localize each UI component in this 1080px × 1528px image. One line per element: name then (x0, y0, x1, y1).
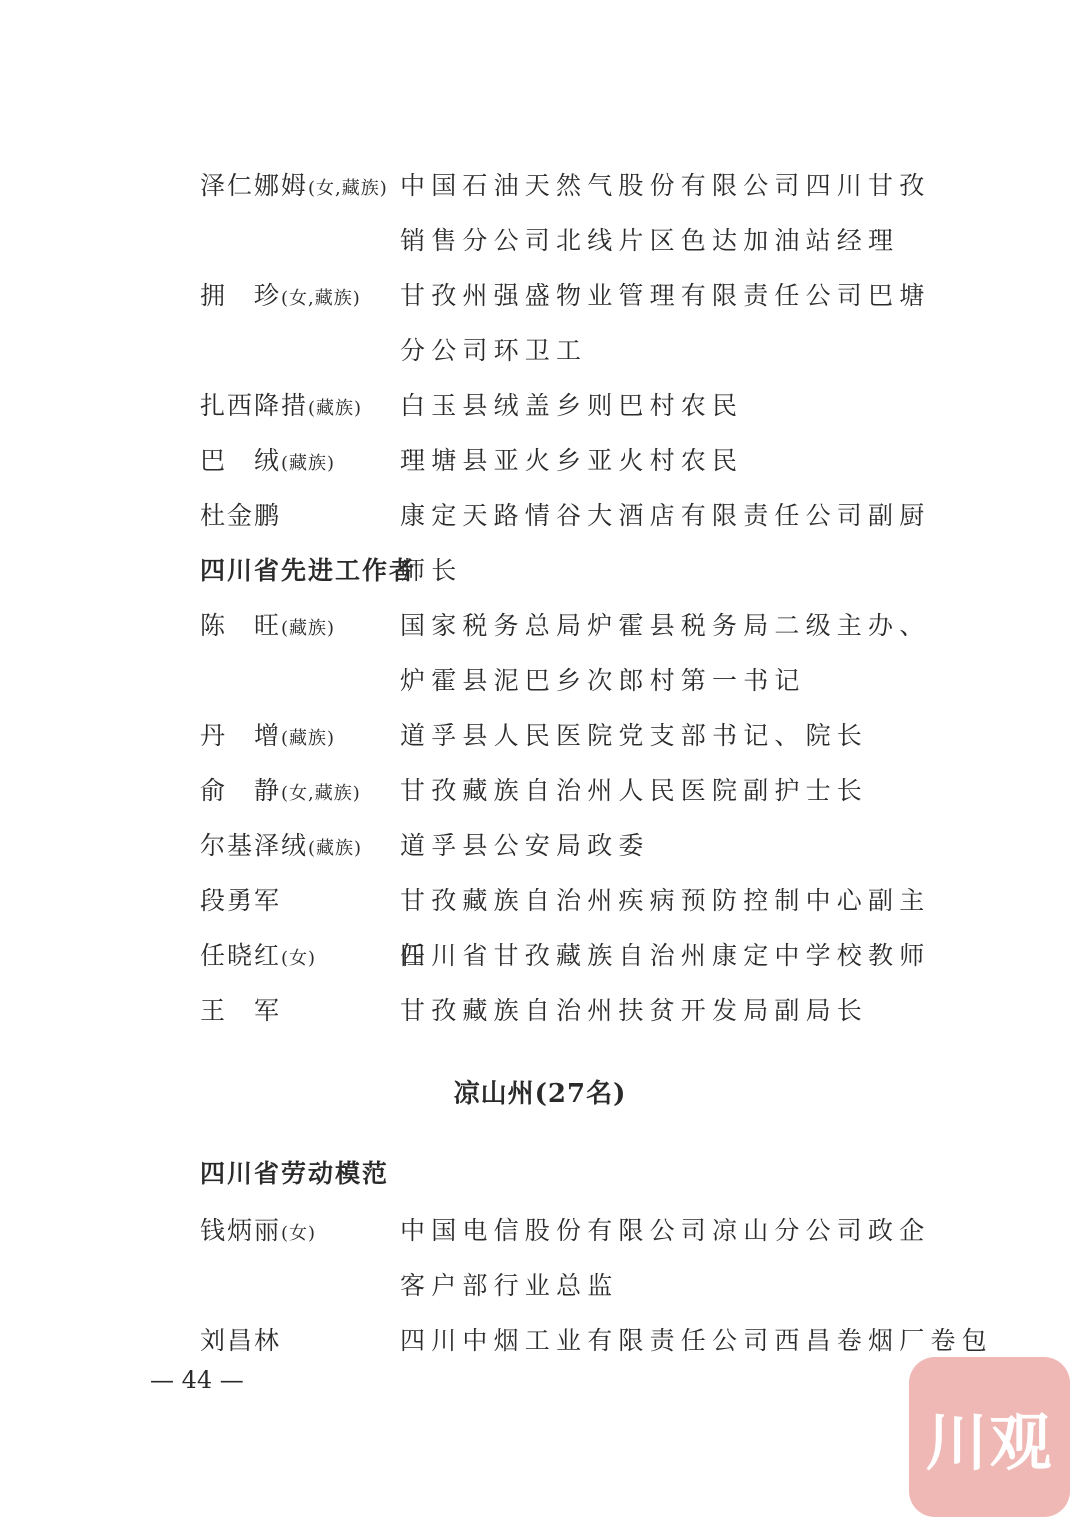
person-name: 王 军 (200, 983, 281, 1041)
person-position: 中国电信股份有限公司凉山分公司政企客户部行业总监 (400, 1203, 945, 1313)
entry-row: 刘昌林 四川中烟工业有限责任公司西昌卷烟厂卷包 (200, 1313, 950, 1369)
watermark-logo-icon: 川观 (909, 1357, 1070, 1517)
entry-row: 巴 绒(藏族) 理塘县亚火乡亚火村农民 (200, 433, 950, 489)
person-name: 钱炳丽(女) (200, 1203, 316, 1261)
person-position: 白玉县绒盖乡则巴村农民 (400, 378, 945, 433)
person-name: 俞 静(女,藏族) (200, 763, 361, 821)
person-position: 道孚县公安局政委 (400, 818, 945, 873)
category-heading: 四川省先进工作者 (200, 543, 416, 598)
person-position: 康定天路情谷大酒店有限责任公司副厨师长 (400, 488, 945, 598)
person-name: 巴 绒(藏族) (200, 433, 335, 491)
person-position: 四川省甘孜藏族自治州康定中学校教师 (400, 928, 945, 983)
person-position: 四川中烟工业有限责任公司西昌卷烟厂卷包 (400, 1313, 945, 1368)
person-name: 任晓红(女) (200, 928, 316, 986)
entry-row: 杜金鹏 康定天路情谷大酒店有限责任公司副厨师长 (200, 488, 950, 544)
person-position: 国家税务总局炉霍县税务局二级主办、炉霍县泥巴乡次郎村第一书记 (400, 598, 945, 708)
person-position: 道孚县人民医院党支部书记、院长 (400, 708, 945, 763)
page-number: — 44 — (150, 1362, 244, 1398)
entry-row: 泽仁娜姆(女,藏族) 中国石油天然气股份有限公司四川甘孜销售分公司北线片区色达加… (200, 158, 950, 214)
person-name: 拥 珍(女,藏族) (200, 268, 361, 326)
person-name: 陈 旺(藏族) (200, 598, 335, 656)
entry-row: 段勇军 甘孜藏族自治州疾病预防控制中心副主任 (200, 873, 950, 929)
person-name: 段勇军 (200, 873, 281, 931)
entry-row: 王 军 甘孜藏族自治州扶贫开发局副局长 (200, 983, 950, 1039)
person-name: 尔基泽绒(藏族) (200, 818, 362, 876)
entry-row: 丹 增(藏族) 道孚县人民医院党支部书记、院长 (200, 708, 950, 764)
person-name: 杜金鹏 (200, 488, 281, 546)
person-name: 丹 增(藏族) (200, 708, 335, 766)
person-position: 理塘县亚火乡亚火村农民 (400, 433, 945, 488)
category-heading: 四川省劳动模范 (200, 1146, 389, 1201)
entry-row: 俞 静(女,藏族) 甘孜藏族自治州人民医院副护士长 (200, 763, 950, 819)
person-name: 扎西降措(藏族) (200, 378, 362, 436)
entry-row: 拥 珍(女,藏族) 甘孜州强盛物业管理有限责任公司巴塘分公司环卫工 (200, 268, 950, 324)
region-heading: 凉山州(27名) (0, 1067, 1080, 1122)
person-position: 甘孜州强盛物业管理有限责任公司巴塘分公司环卫工 (400, 268, 945, 378)
document-page: 泽仁娜姆(女,藏族) 中国石油天然气股份有限公司四川甘孜销售分公司北线片区色达加… (0, 0, 1080, 1528)
entry-row: 陈 旺(藏族) 国家税务总局炉霍县税务局二级主办、炉霍县泥巴乡次郎村第一书记 (200, 598, 950, 654)
person-name: 泽仁娜姆(女,藏族) (200, 158, 388, 216)
watermark-text: 川观 (925, 1393, 1053, 1482)
entry-row: 尔基泽绒(藏族) 道孚县公安局政委 (200, 818, 950, 874)
entry-row: 扎西降措(藏族) 白玉县绒盖乡则巴村农民 (200, 378, 950, 434)
entry-row: 任晓红(女) 四川省甘孜藏族自治州康定中学校教师 (200, 928, 950, 984)
person-position: 甘孜藏族自治州人民医院副护士长 (400, 763, 945, 818)
person-position: 甘孜藏族自治州扶贫开发局副局长 (400, 983, 945, 1038)
person-position: 中国石油天然气股份有限公司四川甘孜销售分公司北线片区色达加油站经理 (400, 158, 945, 268)
entry-row: 钱炳丽(女) 中国电信股份有限公司凉山分公司政企客户部行业总监 (200, 1203, 950, 1259)
